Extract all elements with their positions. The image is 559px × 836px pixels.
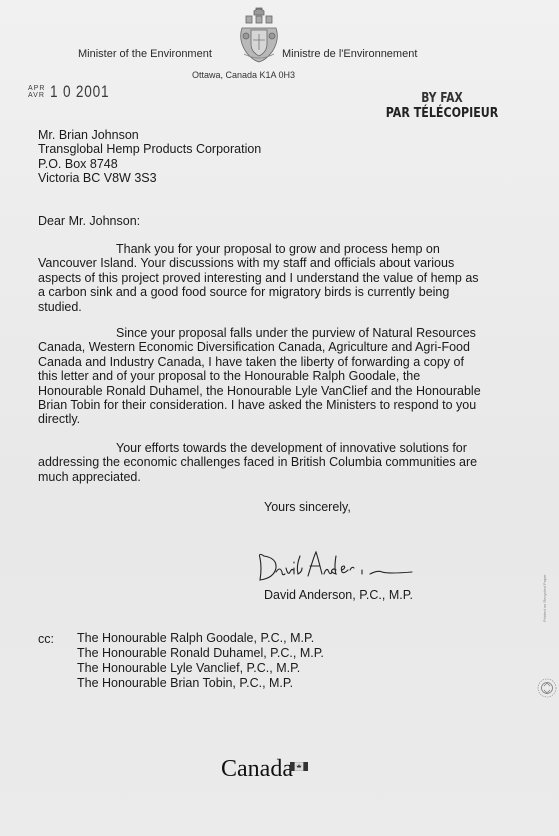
letter-page: Minister of the Environment Ministre de … [0,0,559,836]
date-stamp-date: 1 0 2001 [50,82,109,102]
handwritten-signature [250,548,420,588]
paragraph: Since your proposal falls under the purv… [38,326,508,427]
recipient-line: Mr. Brian Johnson [38,128,261,142]
date-stamp: APR AVR 1 0 2001 [28,82,124,102]
fax-stamp: BY FAX PAR TÉLÉCOPIEUR [385,92,500,121]
letterhead-address: Ottawa, Canada K1A 0H3 [192,70,295,80]
minister-title-fr: Ministre de l'Environnement [282,48,417,60]
salutation: Dear Mr. Johnson: [38,214,140,228]
cc-recipient: The Honourable Lyle Vanclief, P.C., M.P. [77,661,324,676]
cc-recipient: The Honourable Ronald Duhamel, P.C., M.P… [77,646,324,661]
paragraph: Your efforts towards the development of … [38,441,508,484]
canada-flag-icon [290,762,308,771]
cc-label: cc: [38,632,54,646]
coat-of-arms-icon [236,6,282,64]
closing: Yours sincerely, [264,500,351,514]
recipient-line: Victoria BC V8W 3S3 [38,171,261,185]
recipient-address: Mr. Brian Johnson Transglobal Hemp Produ… [38,128,261,186]
recycled-paper-icon [537,678,557,698]
cc-recipient: The Honourable Ralph Goodale, P.C., M.P. [77,631,324,646]
recycled-paper-note: Printed on Recycled Paper [542,574,547,622]
cc-list: The Honourable Ralph Goodale, P.C., M.P.… [77,631,324,691]
minister-title-en: Minister of the Environment [78,48,212,60]
canada-wordmark: Canada [221,756,293,783]
date-stamp-month: APR AVR [28,85,45,99]
cc-recipient: The Honourable Brian Tobin, P.C., M.P. [77,676,324,691]
signatory-name: David Anderson, P.C., M.P. [264,588,413,602]
recipient-line: P.O. Box 8748 [38,157,261,171]
fax-stamp-en: BY FAX [385,92,500,106]
fax-stamp-fr: PAR TÉLÉCOPIEUR [385,106,500,121]
recipient-line: Transglobal Hemp Products Corporation [38,142,261,156]
paragraph: Thank you for your proposal to grow and … [38,242,508,314]
